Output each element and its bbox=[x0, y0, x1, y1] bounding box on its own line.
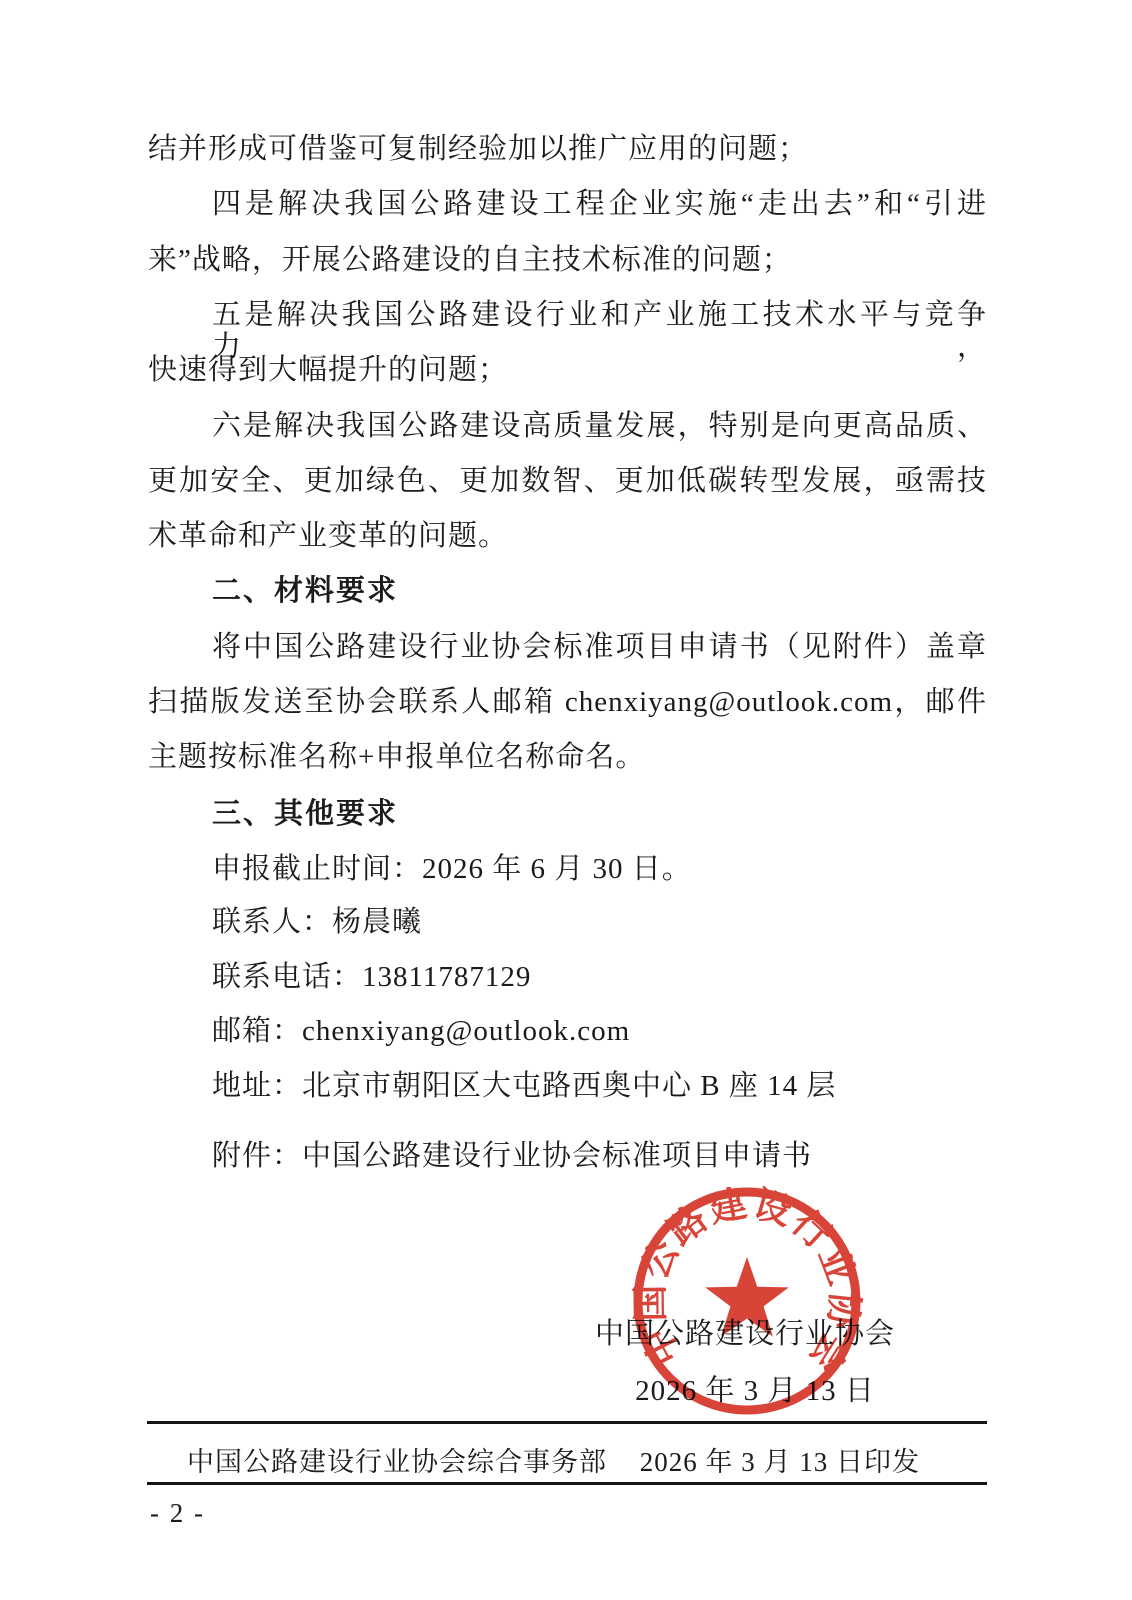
contact-email-line: 邮箱：chenxiyang@outlook.com bbox=[148, 1015, 987, 1047]
address-line: 地址：北京市朝阳区大屯路西奥中心 B 座 14 层 bbox=[148, 1070, 987, 1102]
footer-issue-date: 2026 年 3 月 13 日印发 bbox=[640, 1440, 920, 1479]
body-line: 来”战略，开展公路建设的自主技术标准的问题； bbox=[148, 244, 987, 276]
section-heading-other: 三、其他要求 bbox=[148, 798, 987, 830]
footer-rule-bottom bbox=[147, 1482, 987, 1485]
body-line: 更加安全、更加绿色、更加数智、更加低碳转型发展，亟需技 bbox=[148, 465, 987, 497]
body-line: 主题按标准名称+申报单位名称命名。 bbox=[148, 741, 987, 773]
section-heading-materials: 二、材料要求 bbox=[148, 575, 987, 607]
attachment-line: 附件：中国公路建设行业协会标准项目申请书 bbox=[148, 1140, 987, 1172]
body-line: 结并形成可借鉴可复制经验加以推广应用的问题； bbox=[148, 133, 987, 165]
contact-phone-line: 联系电话：13811787129 bbox=[148, 961, 987, 993]
footer-rule-top bbox=[147, 1421, 987, 1424]
body-line: 六是解决我国公路建设高质量发展，特别是向更高品质、 bbox=[148, 410, 987, 442]
document-page: 结并形成可借鉴可复制经验加以推广应用的问题； 四是解决我国公路建设工程企业实施“… bbox=[0, 0, 1132, 1600]
body-line: 扫描版发送至协会联系人邮箱 chenxiyang@outlook.com，邮件 bbox=[148, 686, 987, 718]
deadline-line: 申报截止时间：2026 年 6 月 30 日。 bbox=[148, 853, 987, 885]
body-line: 术革命和产业变革的问题。 bbox=[148, 520, 987, 552]
footer-department: 中国公路建设行业协会综合事务部 bbox=[187, 1440, 607, 1479]
body-line: 四是解决我国公路建设工程企业实施“走出去”和“引进 bbox=[148, 188, 987, 220]
body-line: 快速得到大幅提升的问题； bbox=[148, 354, 987, 386]
official-seal: 中国公路建设行业协会 bbox=[627, 1181, 867, 1421]
page-number: - 2 - bbox=[150, 1498, 205, 1529]
seal-star-icon bbox=[705, 1257, 789, 1337]
contact-name-line: 联系人：杨晨曦 bbox=[148, 906, 987, 938]
body-line: 将中国公路建设行业协会标准项目申请书（见附件）盖章 bbox=[148, 631, 987, 663]
